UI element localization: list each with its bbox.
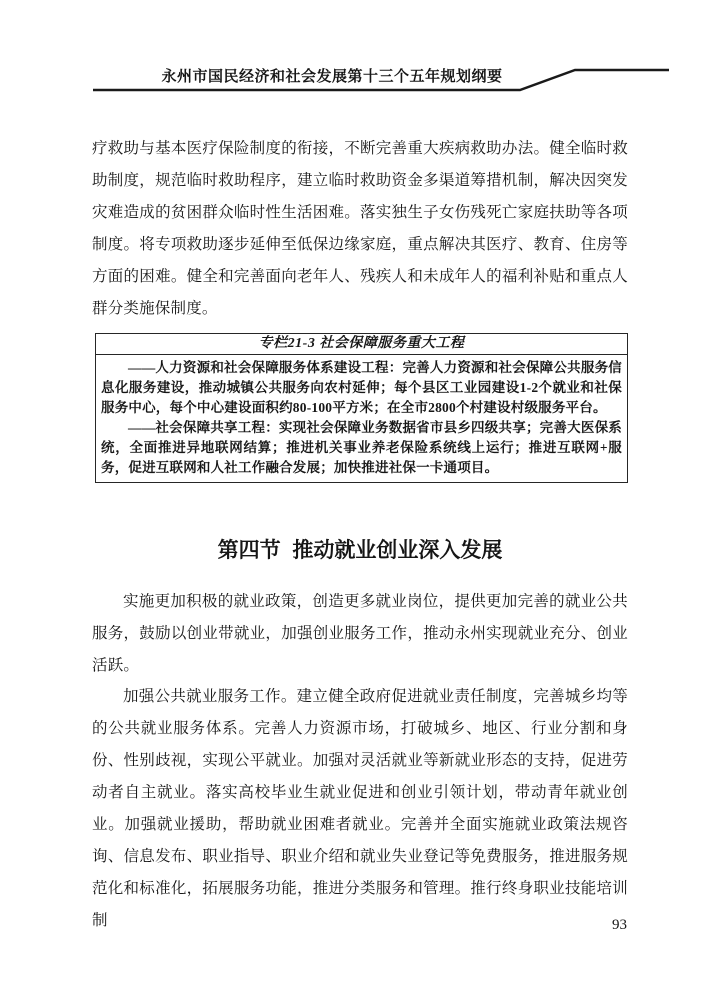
callout-box: 专栏21-3 社会保障服务重大工程 ——人力资源和社会保障服务体系建设工程：完善… [95,333,628,483]
callout-item-1: ——人力资源和社会保障服务体系建设工程：完善人力资源和社会保障公共服务信息化服务… [101,358,622,418]
section-paragraph-2: 加强公共就业服务工作。建立健全政府促进就业责任制度，完善城乡均等的公共就业服务体… [92,681,628,937]
section-paragraph-1: 实施更加积极的就业政策，创造更多就业岗位，提供更加完善的就业公共服务，鼓励以创业… [92,586,628,682]
body-paragraph-continuation: 疗救助与基本医疗保险制度的衔接，不断完善重大疾病救助办法。健全临时救助制度，规范… [92,133,628,325]
callout-item-2: ——社会保障共享工程：实现社会保障业务数据省市县乡四级共享；完善大医保系统，全面… [101,418,622,478]
callout-box-body: ——人力资源和社会保障服务体系建设工程：完善人力资源和社会保障公共服务信息化服务… [96,355,627,482]
callout-box-title: 专栏21-3 社会保障服务重大工程 [96,334,627,355]
document-page: 永州市国民经济和社会发展第十三个五年规划纲要 疗救助与基本医疗保险制度的衔接，不… [0,0,721,1005]
section-heading: 第四节 推动就业创业深入发展 [92,534,628,564]
page-number: 93 [612,917,627,934]
header-rule-decoration [92,66,670,94]
